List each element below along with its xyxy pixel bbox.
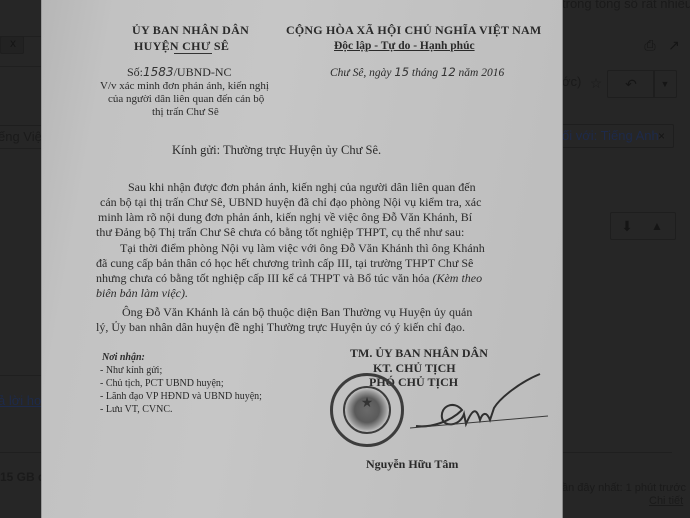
handwritten-signature <box>410 370 550 450</box>
date-year: năm 2016 <box>459 67 505 79</box>
download-icon[interactable]: ⬇ <box>617 216 637 236</box>
official-seal-icon: ★ <box>330 373 404 447</box>
issuing-agency-line2: HUYỆN CHƯ SÊ <box>134 39 229 54</box>
body-line: Sau khi nhận được đơn phản ánh, kiến ngh… <box>128 180 476 195</box>
google-drive-icon[interactable]: ▲ <box>647 216 667 236</box>
signature-line1: TM. ỦY BAN NHÂN DÂN <box>350 346 488 361</box>
recipient-item: - Lưu VT, CVNC. <box>100 404 173 415</box>
divider <box>0 375 42 376</box>
seal-emblem: ★ <box>343 386 391 434</box>
body-line: nhưng chưa có bằng tốt nghiệp cấp III kể… <box>96 271 482 286</box>
document-date: Chư Sê, ngày 15 tháng 12 năm 2016 <box>330 65 504 79</box>
body-line: Tại thời điểm phòng Nội vụ làm việc với … <box>120 241 485 256</box>
translate-language-label: ếng Việ <box>0 129 42 144</box>
recipients-title: Nơi nhận: <box>102 352 145 363</box>
recipient-line: Kính gửi: Thường trực Huyện ủy Chư Sê. <box>172 143 381 158</box>
body-line: lý, Ủy ban nhân dân huyện đề nghị Thường… <box>96 320 465 335</box>
date-prefix: Chư Sê, ngày <box>330 67 392 79</box>
divider <box>562 452 672 453</box>
reply-button[interactable]: ↶ <box>607 70 655 98</box>
number-handwritten: 1583 <box>143 65 174 79</box>
document-number: Số:1583/UBND-NC <box>127 65 232 80</box>
body-line: đã cung cấp bản thân có học hết chương t… <box>96 256 473 271</box>
print-icon[interactable]: ⎙ <box>640 35 660 55</box>
subject-line2: của người dân liên quan đến cán bộ <box>108 93 264 105</box>
date-day-handwritten: 15 <box>394 65 409 79</box>
date-month-label: tháng <box>412 67 438 79</box>
recipient-item: - Lãnh đạo VP HĐND và UBND huyện; <box>100 391 262 402</box>
attachment-note: (Kèm theo <box>432 271 482 285</box>
number-prefix: Số: <box>127 65 143 79</box>
national-motto: Độc lập - Tự do - Hạnh phúc <box>334 40 475 52</box>
issuing-agency-line1: ỦY BAN NHÂN DÂN <box>132 23 249 38</box>
close-icon[interactable]: x <box>10 36 16 50</box>
reply-icon: ↶ <box>621 74 641 94</box>
divider <box>0 66 42 67</box>
divider <box>0 148 42 149</box>
attachment-note-cont: biên bản làm việc). <box>96 286 188 301</box>
dropdown-icon: ▼ <box>655 74 675 94</box>
close-icon[interactable]: × <box>658 129 665 143</box>
subject-line3: thị trấn Chư Sê <box>152 106 219 118</box>
attachment-actions: ⬇ ▲ <box>610 212 676 240</box>
number-suffix: /UBND-NC <box>174 65 232 79</box>
recipient-item: - Như kính gửi; <box>100 365 162 376</box>
details-link[interactable]: Chi tiết <box>649 495 683 507</box>
star-icon: ★ <box>345 394 389 411</box>
star-icon[interactable]: ☆ <box>586 73 606 93</box>
signer-name: Nguyễn Hữu Tâm <box>366 457 458 472</box>
open-in-new-window-icon[interactable]: ↗ <box>664 35 684 55</box>
body-line: Ông Đỗ Văn Khánh là cán bộ thuộc diện Ba… <box>122 305 472 320</box>
body-line: cán bộ tại thị trấn Chư Sê, UBND huyện đ… <box>100 195 481 210</box>
reply-link[interactable]: ả lời ho <box>0 393 41 408</box>
subject-line1: V/v xác minh đơn phản ánh, kiến nghị <box>100 80 269 92</box>
email-time-snippet: ớc) <box>562 74 581 89</box>
more-actions-button[interactable]: ▼ <box>653 70 677 98</box>
date-month-handwritten: 12 <box>441 65 456 79</box>
body-text: nhưng chưa có bằng tốt nghiệp cấp III kể… <box>96 271 429 285</box>
divider <box>0 452 42 453</box>
body-line: thư Đảng bộ Thị trấn Chư Sê chưa có bằng… <box>96 225 464 240</box>
last-activity-text: ần đây nhất: 1 phút trước <box>562 482 686 494</box>
email-snippet: trong tổng số rất nhiều <box>562 0 690 11</box>
translate-target-label[interactable]: ối với: Tiếng Anh <box>562 128 659 143</box>
recipient-item: - Chủ tịch, PCT UBND huyện; <box>100 378 224 389</box>
nation-title: CỘNG HÒA XÃ HỘI CHỦ NGHĨA VIỆT NAM <box>286 23 541 38</box>
body-line: minh làm rõ nội dung đơn phản ánh, kiến … <box>98 210 472 225</box>
underline-rule <box>174 53 212 54</box>
